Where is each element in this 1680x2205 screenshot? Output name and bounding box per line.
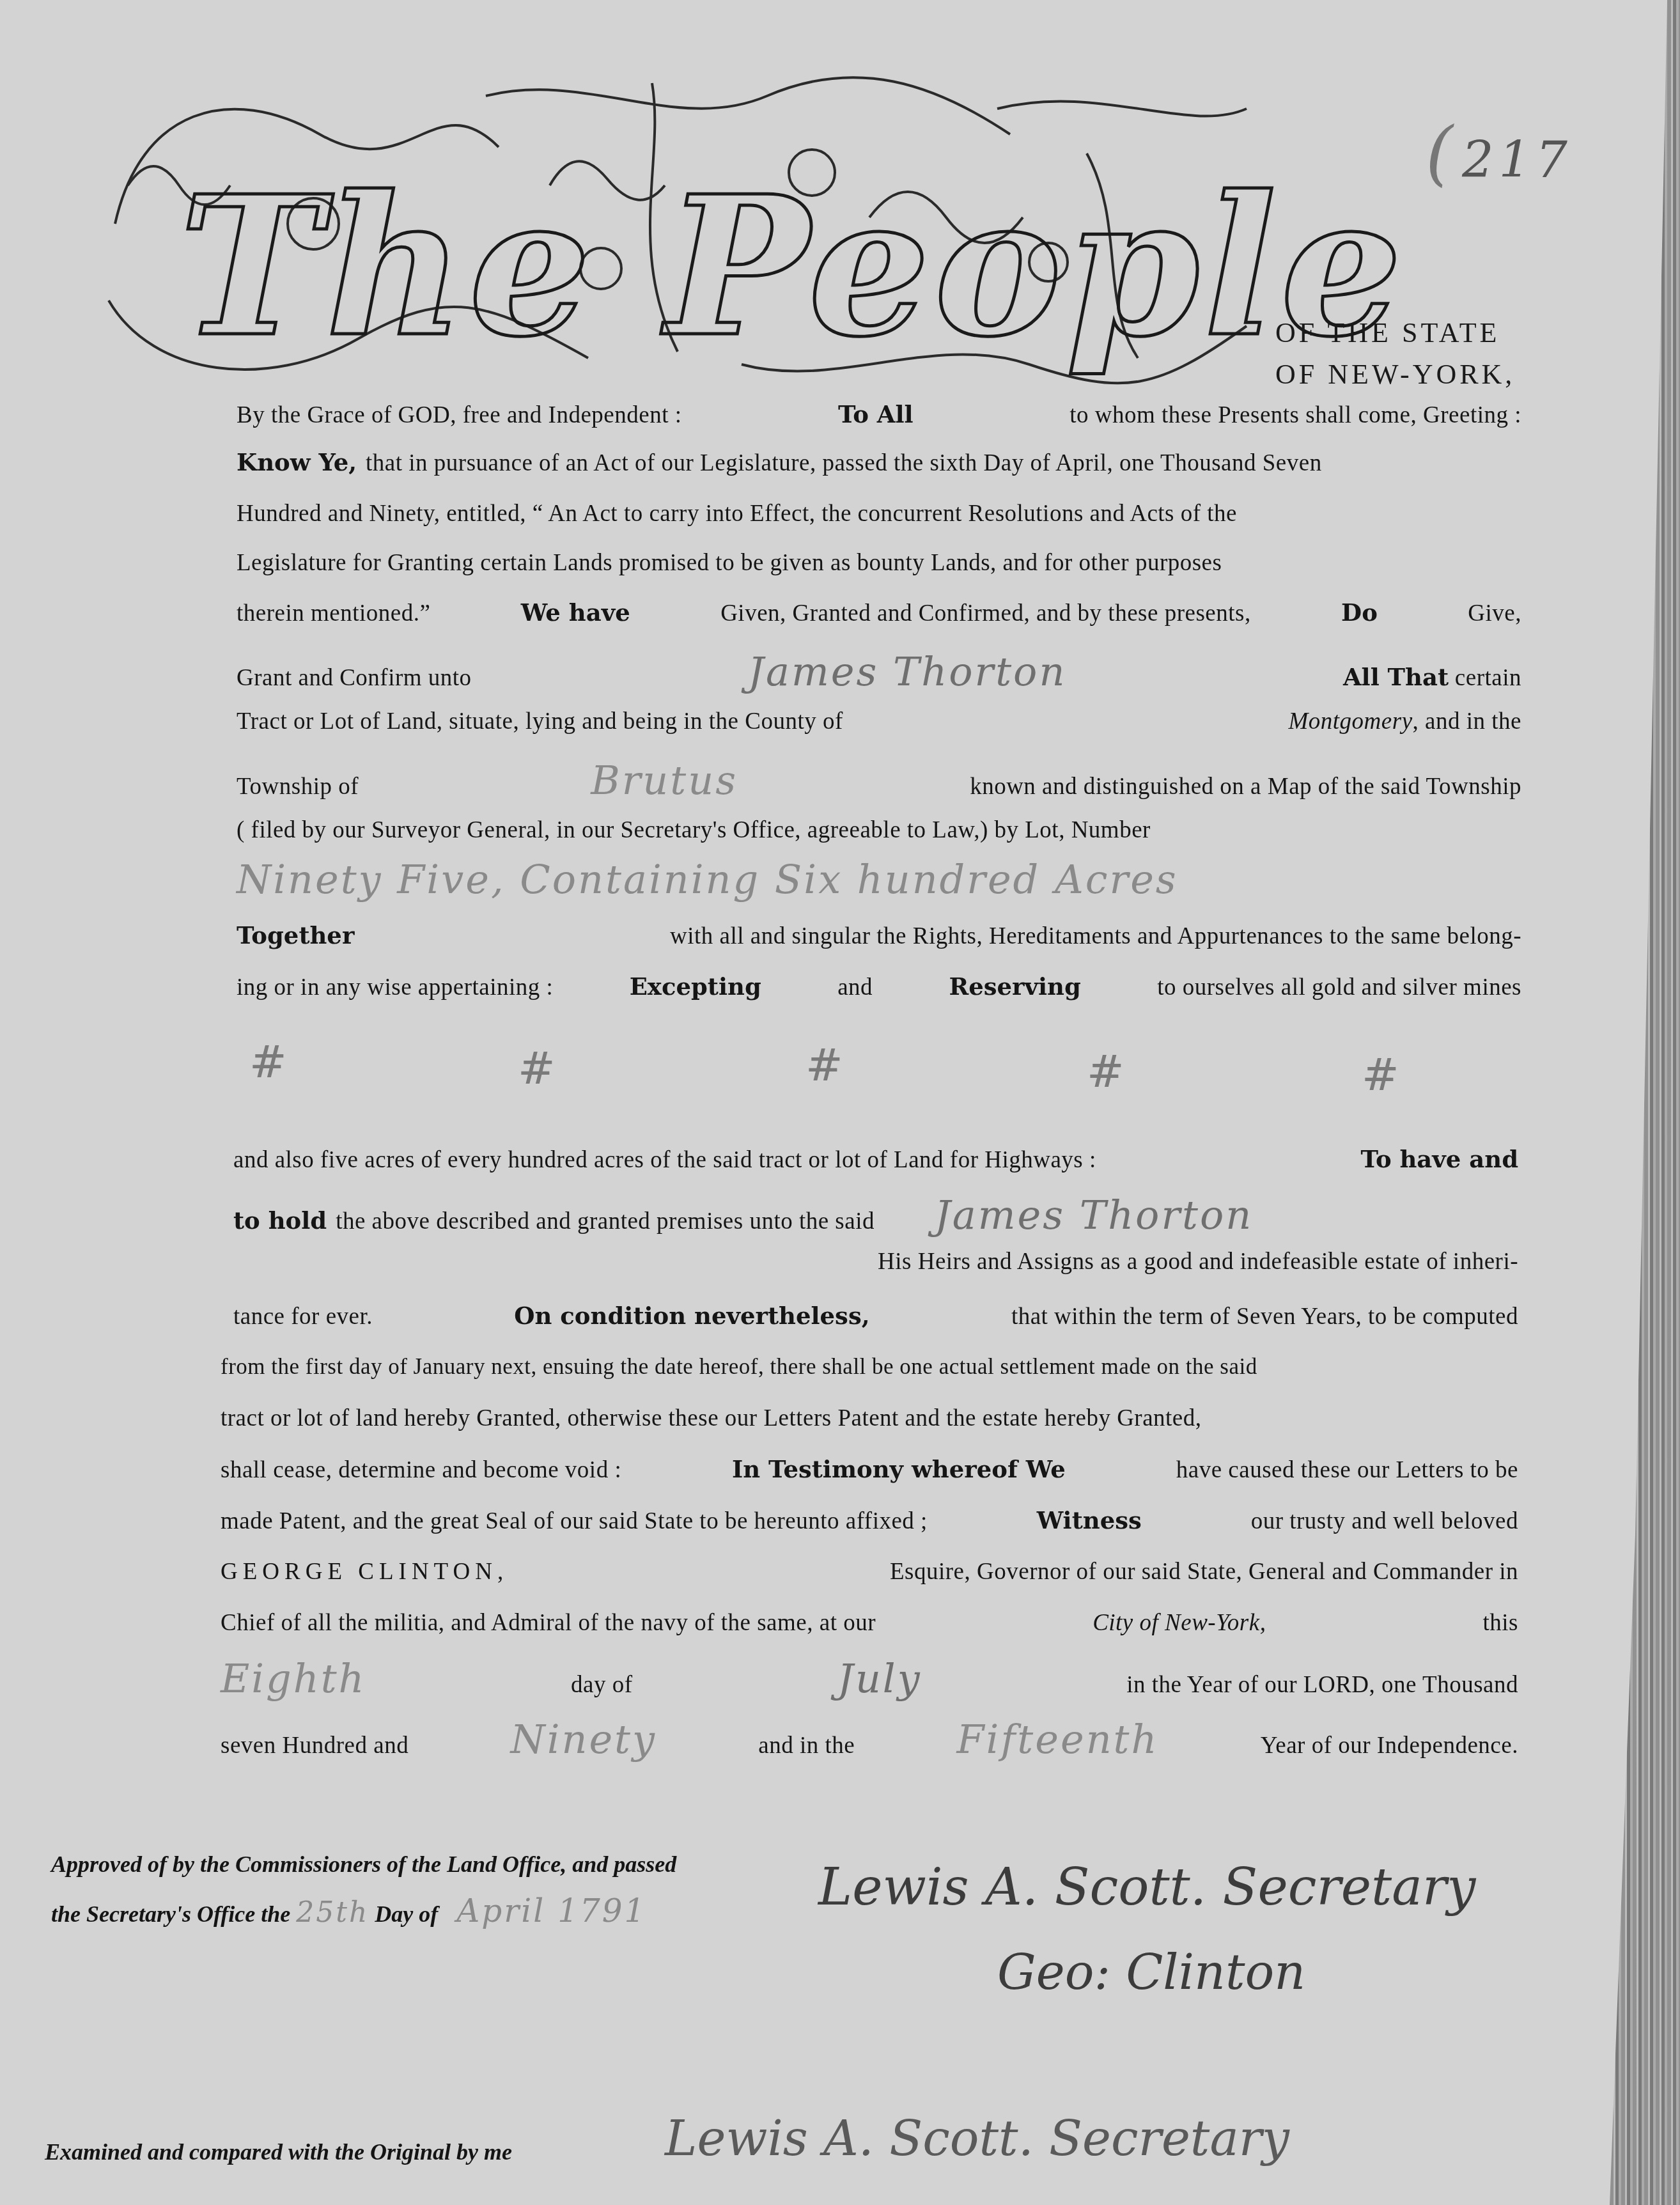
handwritten-lot-description: Ninety Five, Containing Six hundred Acre… — [237, 860, 1178, 900]
blank-mark: # — [249, 1036, 287, 1088]
governor-name: GEORGE CLINTON, — [221, 1560, 508, 1584]
masthead-calligraphy: The People — [102, 58, 1253, 390]
handwritten-day: Eighth — [221, 1659, 366, 1699]
body-line-16: tance for ever. On condition nevertheles… — [233, 1304, 1518, 1328]
handwritten-year-word: Ninety — [510, 1720, 657, 1759]
body-line-23: Eighth day of July in the Year of our LO… — [221, 1659, 1518, 1699]
blackletter-to-all: To All — [838, 403, 914, 426]
body-line-1: By the Grace of GOD, free and Independen… — [237, 403, 1521, 427]
body-line-9: ( filed by our Surveyor General, in our … — [237, 818, 1521, 842]
page-number: (217 — [1426, 112, 1573, 194]
body-line-19: shall cease, determine and become void :… — [221, 1458, 1518, 1482]
body-line-8: Township of Brutus known and distinguish… — [237, 761, 1521, 800]
body-line-24: seven Hundred and Ninety and in the Fift… — [221, 1720, 1518, 1759]
signature-governor: Geo: Clinton — [997, 1944, 1305, 2000]
blank-mark: # — [805, 1039, 843, 1091]
handwritten-grantee-repeat: James Thorton — [935, 1196, 1253, 1235]
handwritten-approval-day: 25th — [296, 1896, 369, 1929]
body-line-13: and also five acres of every hundred acr… — [233, 1148, 1518, 1172]
masthead-title: The People — [179, 153, 1406, 379]
body-line-7: Tract or Lot of Land, situate, lying and… — [237, 710, 1521, 733]
handwritten-month: July — [837, 1659, 922, 1699]
blank-mark: # — [1087, 1045, 1124, 1098]
body-line-4: Legislature for Granting certain Lands p… — [237, 551, 1521, 575]
handwritten-lot-line: Ninety Five, Containing Six hundred Acre… — [237, 860, 1521, 900]
signature-secretary: Lewis A. Scott. Secretary — [818, 1857, 1475, 1917]
handwritten-grantee: James Thorton — [748, 652, 1066, 692]
body-line-22: Chief of all the militia, and Admiral of… — [221, 1611, 1518, 1635]
examined-label: Examined and compared with the Original … — [45, 2139, 512, 2165]
county-name: Montgomery — [1289, 708, 1413, 735]
body-line-17: from the first day of January next, ensu… — [221, 1355, 1518, 1378]
body-line-14: to hold the above described and granted … — [233, 1196, 1518, 1235]
blackletter-know-ye: Know Ye, — [237, 451, 357, 474]
blank-mark: # — [1362, 1048, 1399, 1101]
body-line-5: therein mentioned.” We have Given, Grant… — [237, 601, 1521, 625]
state-heading-line-1: OF THE STATE — [1275, 316, 1500, 349]
body-line-15: His Heirs and Assigns as a good and inde… — [719, 1250, 1518, 1274]
body-line-20: made Patent, and the great Seal of our s… — [221, 1509, 1518, 1533]
body-line-11: Together with all and singular the Right… — [237, 924, 1521, 948]
body-line-2: Know Ye, that in pursuance of an Act of … — [237, 451, 1521, 475]
handwritten-township: Brutus — [591, 761, 738, 800]
book-page-edge — [1610, 0, 1680, 2205]
body-line-3: Hundred and Ninety, entitled, “ An Act t… — [237, 502, 1521, 526]
approval-line-1: Approved of by the Commissioners of the … — [51, 1851, 676, 1878]
signature-examiner: Lewis A. Scott. Secretary — [665, 2110, 1289, 2167]
body-line-21: GEORGE CLINTON, Esquire, Governor of our… — [221, 1560, 1518, 1584]
blank-mark: # — [518, 1042, 556, 1095]
state-heading-line-2: OF NEW-YORK, — [1275, 358, 1515, 391]
body-line-18: tract or lot of land hereby Granted, oth… — [221, 1406, 1518, 1430]
body-line-12: ing or in any wise appertaining : Except… — [237, 975, 1521, 999]
body-line-6: Grant and Confirm unto James Thorton All… — [237, 652, 1521, 692]
handwritten-approval-date: April 1791 — [456, 1892, 646, 1929]
approval-line-2: the Secretary's Office the 25th Day of A… — [51, 1892, 646, 1929]
handwritten-independence-year: Fifteenth — [957, 1720, 1159, 1759]
